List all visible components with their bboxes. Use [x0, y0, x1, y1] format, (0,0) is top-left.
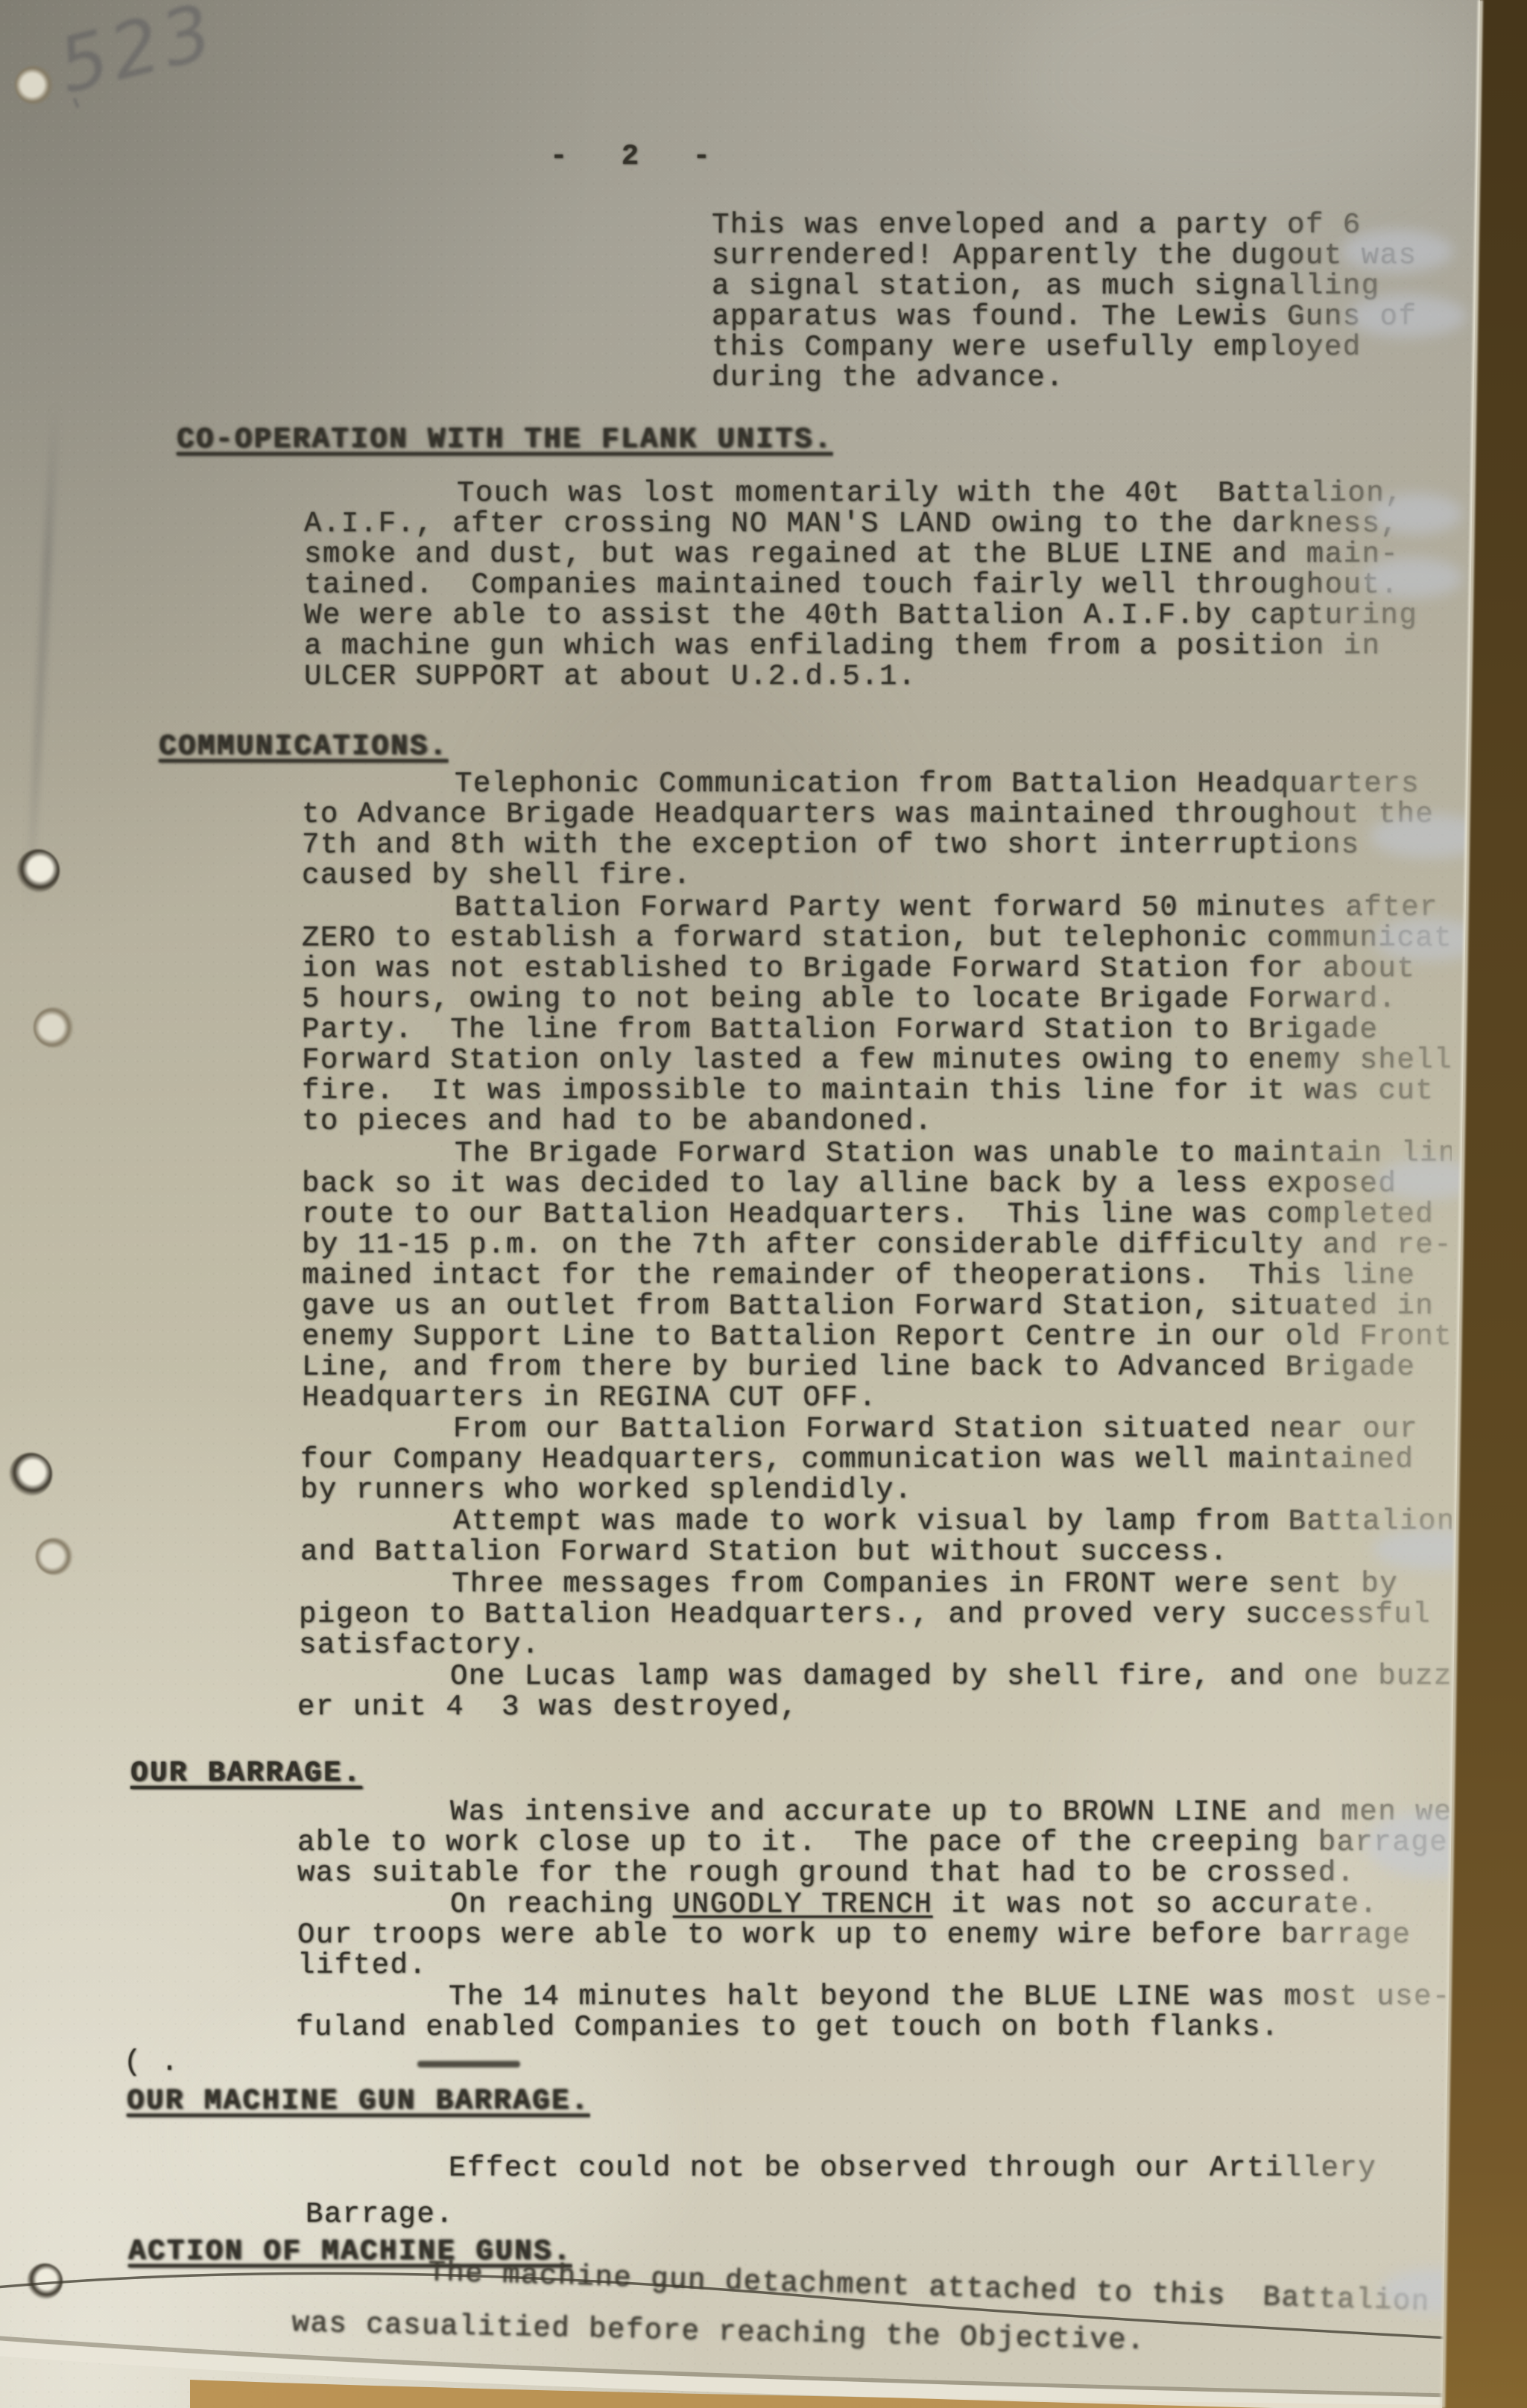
typed-text-layer: - 2 - This was enveloped and a party of … — [0, 0, 1452, 2408]
paragraph-barrage-2: On reaching UNGODLY TRENCH it was not so… — [297, 1889, 1452, 1981]
paragraph-comms-3: The Brigade Forward Station was unable t… — [302, 1138, 1452, 1413]
paragraph-comms-2: Battalion Forward Party went forward 50 … — [302, 893, 1452, 1137]
typed-line: Party. The line from Battalion Forward S… — [302, 1015, 1452, 1045]
typed-line: able to work close up to it. The pace of… — [297, 1828, 1452, 1858]
paragraph-barrage-1: Was intensive and accurate up to BROWN L… — [297, 1797, 1452, 1889]
paragraph-comms-1: Telephonic Communication from Battalion … — [302, 769, 1452, 891]
typed-line: gave us an outlet from Battalion Forward… — [302, 1291, 1452, 1322]
typed-line: ULCER SUPPORT at about U.2.d.5.1. — [304, 662, 1452, 692]
typed-line: a signal station, as much signalling — [712, 271, 1452, 302]
section-heading-communications: COMMUNICATIONS. — [159, 732, 449, 762]
typed-line: Was intensive and accurate up to BROWN L… — [297, 1797, 1452, 1828]
typed-line: fire. It was impossible to maintain this… — [302, 1076, 1452, 1106]
typed-line: this Company were usefully employed — [712, 332, 1452, 363]
typed-line: pigeon to Battalion Headquarters., and p… — [299, 1600, 1452, 1630]
typed-line: Touch was lost momentarily with the 40t … — [304, 478, 1452, 509]
typed-line: apparatus was found. The Lewis Guns of — [712, 302, 1452, 332]
typed-line: by runners who worked splendidly. — [300, 1475, 1452, 1506]
typed-line: was suitable for the rough ground that h… — [297, 1858, 1452, 1889]
paragraph-comms-4: From our Battalion Forward Station situa… — [300, 1414, 1452, 1506]
underlying-sheet-line: The machine gun detachment attached to t… — [428, 2257, 1430, 2318]
typed-line: Barrage. — [306, 2199, 454, 2230]
typed-line: This was enveloped and a party of 6 — [712, 210, 1452, 241]
typed-line: four Company Headquarters, communication… — [300, 1445, 1452, 1475]
underlined-trench-name: UNGODLY TRENCH — [673, 1888, 933, 1921]
typed-line: to pieces and had to be abandoned. — [302, 1106, 1452, 1137]
typed-line: 7th and 8th with the exception of two sh… — [302, 830, 1452, 861]
typed-line: 5 hours, owing to not being able to loca… — [302, 984, 1452, 1015]
typed-line: The 14 minutes halt beyond the BLUE LINE… — [296, 1982, 1452, 2012]
paragraph-intro: This was enveloped and a party of 6 surr… — [712, 210, 1452, 393]
typed-line: Line, and from there by buried line back… — [302, 1352, 1452, 1383]
typed-line: caused by shell fire. — [302, 861, 1452, 891]
typed-line: Telephonic Communication from Battalion … — [302, 769, 1452, 799]
faded-ink-smudge — [1370, 493, 1463, 534]
typed-text: On reaching — [450, 1888, 673, 1921]
typed-line: Attempt was made to work visual by lamp … — [300, 1506, 1452, 1537]
paragraph-comms-6: Three messages from Companies in FRONT w… — [299, 1569, 1452, 1661]
typed-line: tained. Companies maintained touch fairl… — [304, 570, 1452, 601]
paragraph-comms-7: One Lucas lamp was damaged by shell fire… — [297, 1661, 1452, 1723]
typed-line: One Lucas lamp was damaged by shell fire… — [297, 1661, 1452, 1692]
typed-line: Three messages from Companies in FRONT w… — [299, 1569, 1452, 1600]
typed-line: during the advance. — [712, 363, 1452, 393]
faded-ink-smudge — [1362, 557, 1463, 598]
typed-text: it was not so accurate. — [933, 1888, 1379, 1921]
faded-ink-smudge — [1347, 294, 1467, 338]
stray-typed-mark: ( . — [124, 2047, 180, 2078]
section-heading-our-barrage: OUR BARRAGE. — [130, 1758, 362, 1789]
typed-line: The Brigade Forward Station was unable t… — [302, 1138, 1452, 1169]
typed-line: a machine gun which was enfilading them … — [304, 631, 1452, 662]
typed-line: A.I.F., after crossing NO MAN'S LAND owi… — [304, 509, 1452, 539]
paragraph-mg-barrage: Effect could not be observed through our… — [296, 2153, 1452, 2184]
typed-line: route to our Battalion Headquarters. Thi… — [302, 1200, 1452, 1230]
typed-line: Forward Station only lasted a few minute… — [302, 1045, 1452, 1076]
paragraph-barrage-3: The 14 minutes halt beyond the BLUE LINE… — [296, 1982, 1452, 2043]
section-heading-flank-units: CO-OPERATION WITH THE FLANK UNITS. — [177, 425, 833, 455]
typed-line: surrendered! Apparently the dugout was — [712, 241, 1452, 271]
typed-line: Our troops were able to work up to enemy… — [297, 1920, 1452, 1951]
typed-line: We were able to assist the 40th Battalio… — [304, 601, 1452, 631]
page-number: - 2 - — [550, 142, 712, 172]
typed-line: er unit 4 3 was destroyed, — [297, 1692, 1452, 1723]
typed-line: fuland enabled Companies to get touch on… — [296, 2012, 1452, 2043]
paragraph-flank: Touch was lost momentarily with the 40t … — [304, 478, 1452, 692]
overtyped-strike-mark — [417, 2061, 520, 2068]
typed-line: lifted. — [297, 1951, 1452, 1981]
typed-line: and Battalion Forward Station but withou… — [300, 1537, 1452, 1568]
typed-line: Battalion Forward Party went forward 50 … — [302, 893, 1452, 923]
typed-line: by 11-15 p.m. on the 7th after considera… — [302, 1230, 1452, 1261]
faded-ink-smudge — [1341, 229, 1453, 273]
paragraph-comms-5: Attempt was made to work visual by lamp … — [300, 1506, 1452, 1568]
typed-line: ion was not established to Brigade Forwa… — [302, 954, 1452, 984]
typed-line: smoke and dust, but was regained at the … — [304, 539, 1452, 570]
typed-line: back so it was decided to lay alline bac… — [302, 1169, 1452, 1200]
section-heading-mg-barrage: OUR MACHINE GUN BARRAGE. — [127, 2086, 590, 2117]
underlying-sheet-line: was casualitied before reaching the Obje… — [291, 2308, 1145, 2357]
typed-line: to Advance Brigade Headquarters was main… — [302, 799, 1452, 830]
typed-line: Effect could not be observed through our… — [296, 2153, 1452, 2184]
typed-line: Headquarters in REGINA CUT OFF. — [302, 1383, 1452, 1413]
scanned-war-diary-page: 523 ' - 2 - This was enveloped and a par… — [0, 0, 1527, 2408]
typed-line: ZERO to establish a forward station, but… — [302, 923, 1452, 954]
typed-line: mained intact for the remainder of theop… — [302, 1261, 1452, 1291]
typed-line: From our Battalion Forward Station situa… — [300, 1414, 1452, 1445]
typed-line: enemy Support Line to Battalion Report C… — [302, 1322, 1452, 1352]
typed-line: On reaching UNGODLY TRENCH it was not so… — [297, 1889, 1452, 1920]
typed-line: satisfactory. — [299, 1630, 1452, 1661]
